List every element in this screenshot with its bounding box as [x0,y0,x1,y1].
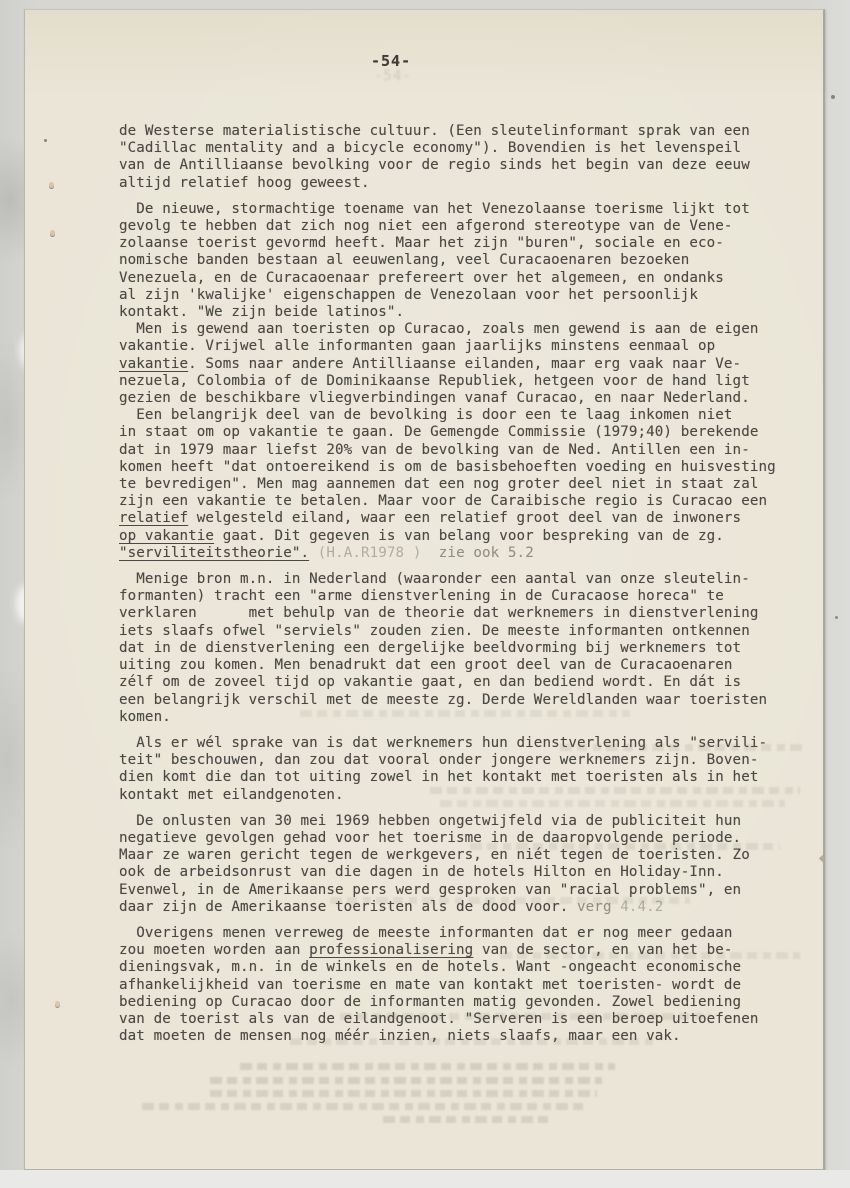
bleedthrough-line [300,710,630,717]
paper-speck [44,139,47,142]
text-line: vakantie. Vrijwel alle informanten gaan … [119,338,779,355]
text-line: afhankelijkheid van toerisme en mate van… [119,977,779,994]
text-line: dieningsvak, m.n. in de winkels en de ho… [119,959,779,976]
text-line: nomische banden bestaan al eeuwenlang, v… [119,252,779,269]
bleedthrough-line [470,843,780,850]
bleedthrough-line [210,1090,597,1097]
text-line: Men is gewend aan toeristen op Curacao, … [119,321,779,338]
paragraph: Menige bron m.n. in Nederland (waaronder… [119,571,779,726]
paragraph: de Westerse materialistische cultuur. (E… [119,123,779,192]
staple-hole [49,182,54,188]
bleedthrough-line [290,1038,655,1045]
text-line: te bevredigen". Men mag aannemen dat een… [119,476,779,493]
text-line: altijd relatief hoog geweest. [119,175,779,192]
text-line: een belangrijk verschil met de meeste zg… [119,692,779,709]
text-line: "Cadillac mentality and a bicycle econom… [119,140,779,157]
text-line: dat in 1979 maar liefst 20% van de bevol… [119,442,779,459]
bleedthrough-line [383,1116,550,1123]
text-line: zolaanse toerist gevormd heeft. Maar het… [119,235,779,252]
text-line: in staat om op vakantie te gaan. De Geme… [119,424,779,441]
text-line: nezuela, Colombia of de Dominikaanse Rep… [119,373,779,390]
text-line: van de Antilliaanse bevolking voor de re… [119,157,779,174]
text-line: zijn een vakantie te betalen. Maar voor … [119,493,779,510]
text-line: dat in de dienstverlening een dergelijke… [119,640,779,657]
bleedthrough-line [500,952,800,959]
text-line: ook de arbeidsonrust van die dagen in de… [119,864,779,881]
page-number: -54- [371,52,491,70]
paragraph: Overigens menen verreweg de meeste infor… [119,925,779,1045]
bleedthrough-line [330,897,690,904]
text-line: kontakt. "We zijn beide latinos". [119,304,779,321]
text-line: Menige bron m.n. in Nederland (waaronder… [119,571,779,588]
text-line: zélf om de zoveel tijd op vakantie gaat,… [119,674,779,691]
text-line: op vakantie gaat. Dit gegeven is van bel… [119,528,779,545]
text-line: De onlusten van 30 mei 1969 hebben onget… [119,813,779,830]
bleedthrough-line [210,1077,602,1084]
bleedthrough-line [240,1063,615,1070]
document-text: de Westerse materialistische cultuur. (E… [119,123,779,1045]
text-line: gevolg te hebben dat zich nog niet een a… [119,218,779,235]
text-line: al zijn 'kwalijke' eigenschappen de Vene… [119,287,779,304]
text-line: teit" beschouwen, dan zou dat vooral ond… [119,752,779,769]
bleedthrough-line [340,1013,710,1020]
text-line: relatief welgesteld eiland, waar een rel… [119,510,779,527]
text-line: formanten) tracht een "arme dienstverlen… [119,588,779,605]
text-line: iets slaafs ofwel "serviels" zouden zien… [119,623,779,640]
text-line: Een belangrijk deel van de bevolking is … [119,407,779,424]
scan-speck [831,95,835,99]
bleedthrough-line [430,787,800,794]
text-line: De nieuwe, stormachtige toename van het … [119,201,779,218]
text-line: komen heeft "dat ontoereikend is om de b… [119,459,779,476]
text-line: dien komt die dan tot uiting zowel in he… [119,769,779,786]
bleedthrough-line [440,800,785,807]
text-line: gezien de beschikbare vliegverbindingen … [119,390,779,407]
text-line: bediening op Curacao door de informanten… [119,994,779,1011]
bleedthrough-line [142,1103,583,1110]
text-line: uiting zou komen. Men benadrukt dat een … [119,657,779,674]
bleedthrough-line [560,744,805,751]
scanner-bottom-strip [0,1170,850,1188]
page-number-ghost: -54- [374,68,494,84]
text-line: de Westerse materialistische cultuur. (E… [119,123,779,140]
scan-speck [835,616,838,619]
text-line: vakantie. Soms naar andere Antilliaanse … [119,356,779,373]
text-line: Venezuela, en de Curacaoenaar prefereert… [119,270,779,287]
staple-hole [50,230,55,236]
text-line: "serviliteitstheorie". (H.A.R1978 ) zie … [119,545,779,562]
text-line: verklaren met behulp van de theorie dat … [119,605,779,622]
paragraph: De nieuwe, stormachtige toename van het … [119,201,779,562]
text-line: Overigens menen verreweg de meeste infor… [119,925,779,942]
staple-hole [55,1001,60,1007]
